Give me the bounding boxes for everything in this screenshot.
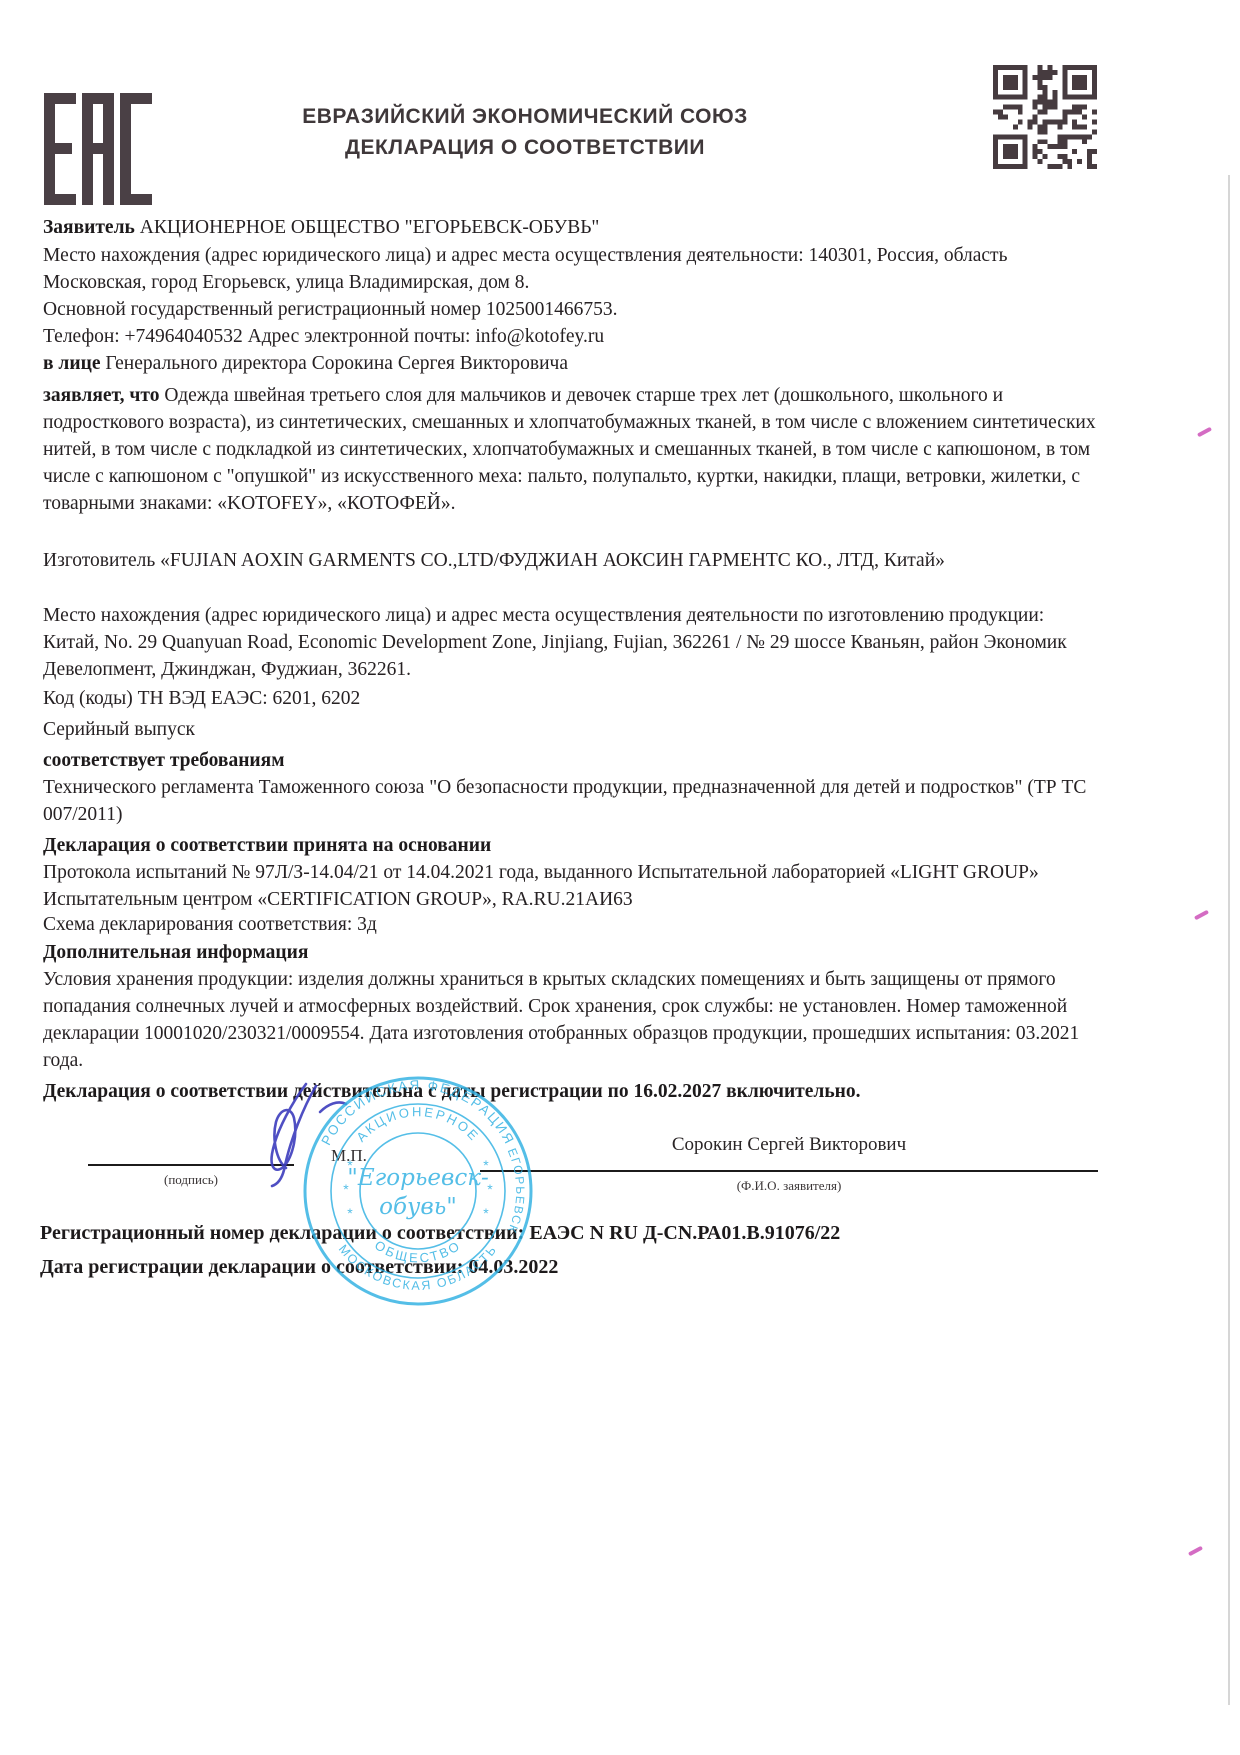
in-person-text: Генерального директора Сорокина Сергея В… [105, 353, 568, 374]
paragraph-test-protocol: Протокола испытаний № 97Л/З-14.04/21 от … [43, 859, 1105, 913]
paragraph-basis-heading: Декларация о соответствии принята на осн… [43, 832, 1105, 859]
manufacturer-address-text: Место нахождения (адрес юридического лиц… [43, 605, 1067, 680]
paragraph-complies-heading: соответствует требованиям [43, 747, 1105, 774]
ogrn-text: Основной государственный регистрационный… [43, 299, 617, 320]
paragraph-regulation: Технического регламента Таможенного союз… [43, 774, 1105, 828]
test-protocol-text: Протокола испытаний № 97Л/З-14.04/21 от … [43, 862, 1039, 910]
applicant-text: АКЦИОНЕРНОЕ ОБЩЕСТВО "ЕГОРЬЕВСК-ОБУВЬ" [140, 217, 600, 238]
additional-info-heading-text: Дополнительная информация [43, 942, 308, 963]
svg-text:*: * [483, 1205, 489, 1221]
paragraph-phone-email: Телефон: +74964040532 Адрес электронной … [43, 323, 1105, 350]
paragraph-tnved-code: Код (коды) ТН ВЭД ЕАЭС: 6201, 6202 [43, 685, 1105, 712]
paragraph-manufacturer-address: Место нахождения (адрес юридического лиц… [43, 602, 1105, 683]
stamp-center-line2: обувь" [379, 1194, 457, 1220]
paragraph-declaration-scheme: Схема декларирования соответствия: 3д [43, 911, 1105, 938]
applicant-label: Заявитель [43, 217, 135, 238]
validity-text: Декларация о соответствии действительна … [43, 1081, 861, 1102]
serial-release-text: Серийный выпуск [43, 719, 195, 740]
manufacturer-text: Изготовитель «FUJIAN AOXIN GARMENTS CO.,… [43, 550, 945, 571]
paragraph-additional-info-heading: Дополнительная информация [43, 939, 1105, 966]
title-line-1: ЕВРАЗИЙСКИЙ ЭКОНОМИЧЕСКИЙ СОЮЗ [280, 101, 770, 132]
complies-heading-text: соответствует требованиям [43, 750, 285, 771]
paragraph-ogrn: Основной государственный регистрационный… [43, 296, 1105, 323]
paragraph-applicant-address: Место нахождения (адрес юридического лиц… [43, 242, 1105, 296]
declaration-document: { "header": { "eac_logo": "EAC", "title_… [0, 0, 1240, 1755]
in-person-label: в лице [43, 353, 100, 374]
signatory-name: Сорокин Сергей Викторович [480, 1134, 1098, 1156]
phone-email-text: Телефон: +74964040532 Адрес электронной … [43, 326, 604, 347]
stamp-inner-top-text: АКЦИОНЕРНОЕ [353, 1104, 482, 1144]
declaration-scheme-text: Схема декларирования соответствия: 3д [43, 914, 377, 935]
declares-label: заявляет, что [43, 385, 160, 406]
paragraph-storage-conditions: Условия хранения продукции: изделия долж… [43, 966, 1105, 1074]
signatory-name-line [480, 1170, 1098, 1172]
basis-heading-text: Декларация о соответствии принята на осн… [43, 835, 491, 856]
svg-text:АКЦИОНЕРНОЕ: АКЦИОНЕРНОЕ [353, 1104, 482, 1144]
declares-text: Одежда швейная третьего слоя для мальчик… [43, 385, 1096, 514]
regulation-text: Технического регламента Таможенного союз… [43, 777, 1086, 825]
stamp-asterisks: *** *** [343, 1157, 493, 1221]
eac-logo-icon [44, 93, 156, 205]
paragraph-applicant: Заявитель АКЦИОНЕРНОЕ ОБЩЕСТВО "ЕГОРЬЕВС… [43, 214, 1105, 241]
registration-date-line: Дата регистрации декларации о соответств… [40, 1256, 1140, 1279]
paragraph-validity: Декларация о соответствии действительна … [43, 1078, 1105, 1105]
signatory-name-caption: (Ф.И.О. заявителя) [480, 1178, 1098, 1194]
scan-edge-line [1228, 175, 1230, 1705]
paragraph-manufacturer: Изготовитель «FUJIAN AOXIN GARMENTS CO.,… [43, 547, 1105, 574]
stamp-center-line1: "Егорьевск- [347, 1165, 488, 1191]
registration-number-line: Регистрационный номер декларации о соотв… [40, 1222, 1140, 1245]
scan-pink-mark [1188, 1546, 1203, 1557]
paragraph-serial-release: Серийный выпуск [43, 716, 1105, 743]
paragraph-in-person: в лице Генерального директора Сорокина С… [43, 350, 1105, 377]
paragraph-declares: заявляет, что Одежда швейная третьего сл… [43, 382, 1105, 517]
handwritten-signature [228, 1078, 358, 1193]
applicant-address-text: Место нахождения (адрес юридического лиц… [43, 245, 1007, 293]
scan-pink-mark [1197, 427, 1212, 438]
scan-pink-mark [1194, 910, 1209, 921]
qr-code-icon [993, 65, 1097, 169]
storage-conditions-text: Условия хранения продукции: изделия долж… [43, 969, 1079, 1071]
tnved-code-text: Код (коды) ТН ВЭД ЕАЭС: 6201, 6202 [43, 688, 360, 709]
title-line-2: ДЕКЛАРАЦИЯ О СООТВЕТСТВИИ [280, 132, 770, 163]
document-title: ЕВРАЗИЙСКИЙ ЭКОНОМИЧЕСКИЙ СОЮЗ ДЕКЛАРАЦИ… [280, 101, 770, 163]
svg-text:*: * [347, 1205, 353, 1221]
